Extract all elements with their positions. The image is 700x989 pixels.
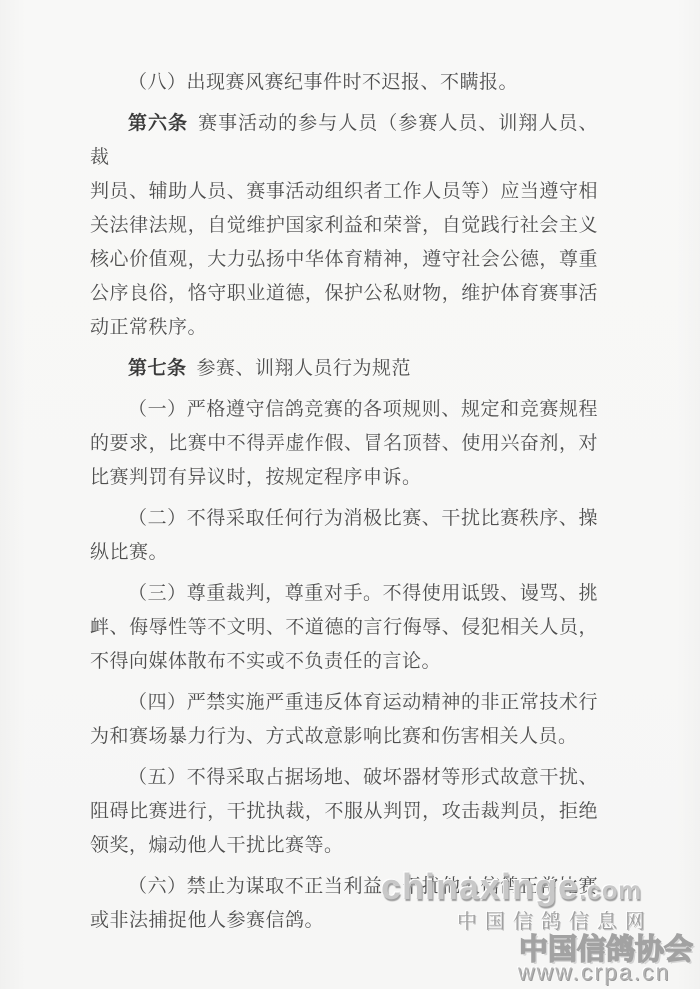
text-line: 关法律法规，自觉维护国家利益和荣誉，自觉践行社会主义 xyxy=(90,209,598,243)
text-line: 公序良俗，恪守职业道德，保护公私财物，维护体育赛事活 xyxy=(90,277,598,311)
text-line: 衅、侮辱性等不文明、不道德的言行侮辱、侵犯相关人员， xyxy=(90,611,598,645)
text-line: 动正常秩序。 xyxy=(90,311,598,345)
text-line: 领奖，煽动他人干扰比赛等。 xyxy=(90,829,598,863)
text-line: （八）出现赛风赛纪事件时不迟报、不瞒报。 xyxy=(90,66,598,100)
paragraph: 第七条参赛、训翔人员行为规范 xyxy=(90,352,598,386)
watermark-site-domain: .com xyxy=(579,875,642,905)
text-line: 核心价值观，大力弘扬中华体育精神，遵守社会公德，尊重 xyxy=(90,243,598,277)
line-text: 比赛判罚有异议时，按规定程序申诉。 xyxy=(90,467,422,488)
line-text: 参赛、训翔人员行为规范 xyxy=(197,358,412,379)
line-text: 核心价值观，大力弘扬中华体育精神，遵守社会公德，尊重 xyxy=(90,249,598,270)
paragraph: 第六条赛事活动的参与人员（参赛人员、训翔人员、裁判员、辅助人员、赛事活动组织者工… xyxy=(90,107,598,345)
text-line: 为和赛场暴力行为、方式故意影响比赛和伤害相关人员。 xyxy=(90,720,598,754)
text-line: （四）严禁实施严重违反体育运动精神的非正常技术行 xyxy=(90,686,598,720)
line-text: 判员、辅助人员、赛事活动组织者工作人员等）应当遵守相 xyxy=(90,181,598,202)
paragraph: （二）不得采取任何行为消极比赛、干扰比赛秩序、操纵比赛。 xyxy=(90,502,598,570)
line-text: （八）出现赛风赛纪事件时不迟报、不瞒报。 xyxy=(128,72,518,93)
line-text: 动正常秩序。 xyxy=(90,317,207,338)
line-text: （四）严禁实施严重违反体育运动精神的非正常技术行 xyxy=(128,692,598,713)
watermark-site-name: chinaxinge xyxy=(381,866,579,907)
line-text: 公序良俗，恪守职业道德，保护公私财物，维护体育赛事活 xyxy=(90,283,598,304)
text-line: （二）不得采取任何行为消极比赛、干扰比赛秩序、操 xyxy=(90,502,598,536)
line-text: 不得向媒体散布不实或不负责任的言论。 xyxy=(90,651,441,672)
watermark-association-url: www.crpa.cn xyxy=(518,959,670,986)
document-body: （八）出现赛风赛纪事件时不迟报、不瞒报。第六条赛事活动的参与人员（参赛人员、训翔… xyxy=(90,66,598,945)
text-line: 判员、辅助人员、赛事活动组织者工作人员等）应当遵守相 xyxy=(90,175,598,209)
text-line: 第六条赛事活动的参与人员（参赛人员、训翔人员、裁 xyxy=(90,107,598,175)
line-text: 衅、侮辱性等不文明、不道德的言行侮辱、侵犯相关人员， xyxy=(90,617,598,638)
line-text: （五）不得采取占据场地、破坏器材等形式故意干扰、 xyxy=(128,767,598,788)
line-text: 关法律法规，自觉维护国家利益和荣誉，自觉践行社会主义 xyxy=(90,215,598,236)
text-line: 阻碍比赛进行，干扰执裁，不服从判罚，攻击裁判员，拒绝 xyxy=(90,795,598,829)
article-number: 第七条 xyxy=(128,358,187,379)
article-number: 第六条 xyxy=(128,113,188,134)
text-line: 比赛判罚有异议时，按规定程序申诉。 xyxy=(90,461,598,495)
line-text: （三）尊重裁判，尊重对手。不得使用诋毁、谩骂、挑 xyxy=(128,583,598,604)
scanned-document-screenshot: { "page": { "background": "#f8f8f7", "te… xyxy=(0,0,700,989)
line-text: 纵比赛。 xyxy=(90,542,168,563)
line-text: （二）不得采取任何行为消极比赛、干扰比赛秩序、操 xyxy=(128,508,598,529)
text-line: （一）严格遵守信鸽竞赛的各项规则、规定和竞赛规程 xyxy=(90,393,598,427)
text-line: （三）尊重裁判，尊重对手。不得使用诋毁、谩骂、挑 xyxy=(90,577,598,611)
paragraph: （一）严格遵守信鸽竞赛的各项规则、规定和竞赛规程的要求，比赛中不得弄虚作假、冒名… xyxy=(90,393,598,495)
paragraph: （四）严禁实施严重违反体育运动精神的非正常技术行为和赛场暴力行为、方式故意影响比… xyxy=(90,686,598,754)
text-line: 纵比赛。 xyxy=(90,536,598,570)
text-line: 不得向媒体散布不实或不负责任的言论。 xyxy=(90,645,598,679)
line-text: 或非法捕捉他人参赛信鸽。 xyxy=(90,910,324,931)
paragraph: （八）出现赛风赛纪事件时不迟报、不瞒报。 xyxy=(90,66,598,100)
document-page: （八）出现赛风赛纪事件时不迟报、不瞒报。第六条赛事活动的参与人员（参赛人员、训翔… xyxy=(0,0,700,989)
text-line: 第七条参赛、训翔人员行为规范 xyxy=(90,352,598,386)
line-text: 为和赛场暴力行为、方式故意影响比赛和伤害相关人员。 xyxy=(90,726,578,747)
text-line: （五）不得采取占据场地、破坏器材等形式故意干扰、 xyxy=(90,761,598,795)
paragraph: （三）尊重裁判，尊重对手。不得使用诋毁、谩骂、挑衅、侮辱性等不文明、不道德的言行… xyxy=(90,577,598,679)
line-text: 阻碍比赛进行，干扰执裁，不服从判罚，攻击裁判员，拒绝 xyxy=(90,801,598,822)
line-text: 的要求，比赛中不得弄虚作假、冒名顶替、使用兴奋剂，对 xyxy=(90,433,598,454)
line-text: 领奖，煽动他人干扰比赛等。 xyxy=(90,835,344,856)
watermark-chinaxinge-logo: chinaxinge.com xyxy=(381,866,642,908)
paragraph: （五）不得采取占据场地、破坏器材等形式故意干扰、阻碍比赛进行，干扰执裁，不服从判… xyxy=(90,761,598,863)
line-text: （一）严格遵守信鸽竞赛的各项规则、规定和竞赛规程 xyxy=(128,399,598,420)
text-line: 的要求，比赛中不得弄虚作假、冒名顶替、使用兴奋剂，对 xyxy=(90,427,598,461)
